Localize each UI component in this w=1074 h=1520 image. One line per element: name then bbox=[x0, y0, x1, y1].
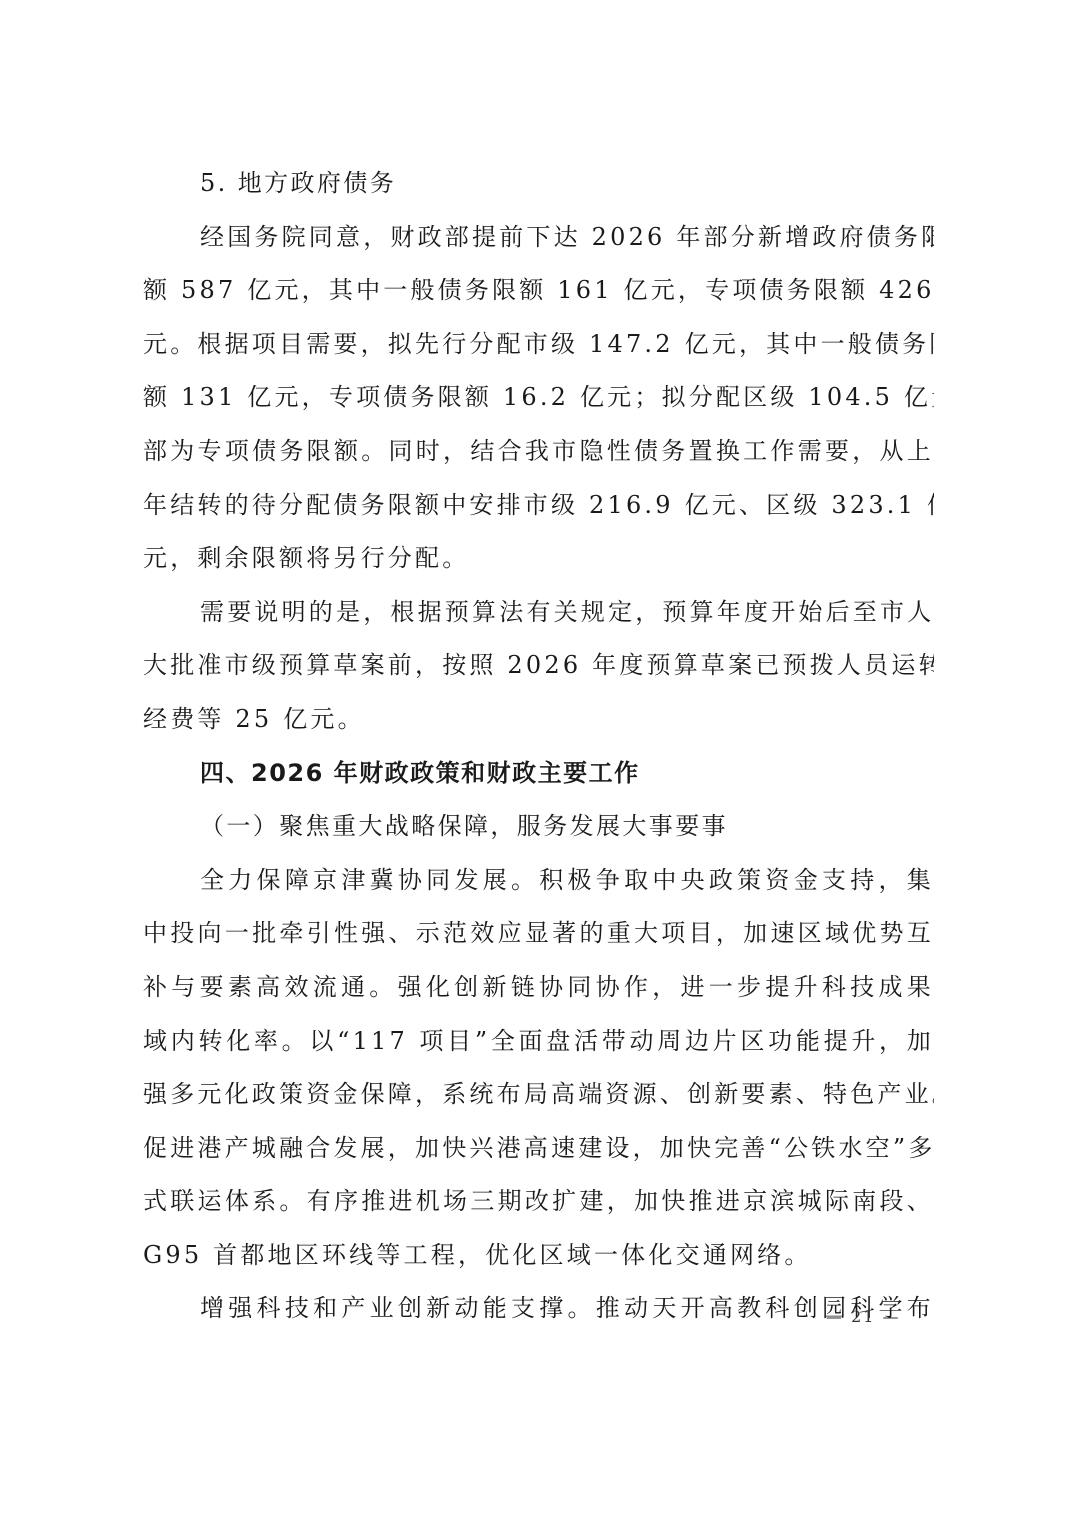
text-line: 促进港产城融合发展，加快兴港高速建设，加快完善“公铁水空”多 bbox=[143, 1122, 934, 1176]
text-line: 中投向一批牵引性强、示范效应显著的重大项目，加速区域优势互 bbox=[143, 907, 934, 961]
text-line: 元，剩余限额将另行分配。 bbox=[143, 532, 934, 586]
document-page: 5. 地方政府债务 经国务院同意，财政部提前下达 2026 年部分新增政府债务限… bbox=[143, 157, 934, 1336]
text-line: 额 587 亿元，其中一般债务限额 161 亿元，专项债务限额 426 亿 bbox=[143, 264, 934, 318]
text-line: 额 131 亿元，专项债务限额 16.2 亿元；拟分配区级 104.5 亿元，全 bbox=[143, 371, 934, 425]
text-line: 全力保障京津冀协同发展。积极争取中央政策资金支持，集 bbox=[143, 854, 934, 908]
text-line: 元。根据项目需要，拟先行分配市级 147.2 亿元，其中一般债务限 bbox=[143, 318, 934, 372]
text-line: 大批准市级预算草案前，按照 2026 年度预算草案已预拨人员运转 bbox=[143, 639, 934, 693]
text-line: 强多元化政策资金保障，系统布局高端资源、创新要素、特色产业。 bbox=[143, 1068, 934, 1122]
text-line: 经费等 25 亿元。 bbox=[143, 693, 934, 747]
paragraph-debt-limits: 经国务院同意，财政部提前下达 2026 年部分新增政府债务限 额 587 亿元，… bbox=[143, 211, 934, 586]
text-line: 补与要素高效流通。强化创新链协同协作，进一步提升科技成果 bbox=[143, 961, 934, 1015]
paragraph-jingjinji: 全力保障京津冀协同发展。积极争取中央政策资金支持，集 中投向一批牵引性强、示范效… bbox=[143, 854, 934, 1283]
text-line: 部为专项债务限额。同时，结合我市隐性债务置换工作需要，从上 bbox=[143, 425, 934, 479]
subsection-heading: （一）聚焦重大战略保障，服务发展大事要事 bbox=[143, 800, 934, 854]
text-line: 年结转的待分配债务限额中安排市级 216.9 亿元、区级 323.1 亿 bbox=[143, 479, 934, 533]
text-line: 域内转化率。以“117 项目”全面盘活带动周边片区功能提升，加 bbox=[143, 1015, 934, 1069]
page-number: — 21 — bbox=[826, 1307, 901, 1326]
paragraph-tech-innovation: 增强科技和产业创新动能支撑。推动天开高教科创园科学布 bbox=[143, 1282, 934, 1336]
text-line: 增强科技和产业创新动能支撑。推动天开高教科创园科学布 bbox=[143, 1282, 934, 1336]
text-line: G95 首都地区环线等工程，优化区域一体化交通网络。 bbox=[143, 1229, 934, 1283]
text-line: 经国务院同意，财政部提前下达 2026 年部分新增政府债务限 bbox=[143, 211, 934, 265]
paragraph-budget-note: 需要说明的是，根据预算法有关规定，预算年度开始后至市人 大批准市级预算草案前，按… bbox=[143, 586, 934, 747]
section-title: 5. 地方政府债务 bbox=[143, 157, 934, 211]
chapter-heading: 四、2026 年财政政策和财政主要工作 bbox=[143, 747, 934, 801]
text-line: 式联运体系。有序推进机场三期改扩建，加快推进京滨城际南段、 bbox=[143, 1175, 934, 1229]
text-line: 需要说明的是，根据预算法有关规定，预算年度开始后至市人 bbox=[143, 586, 934, 640]
